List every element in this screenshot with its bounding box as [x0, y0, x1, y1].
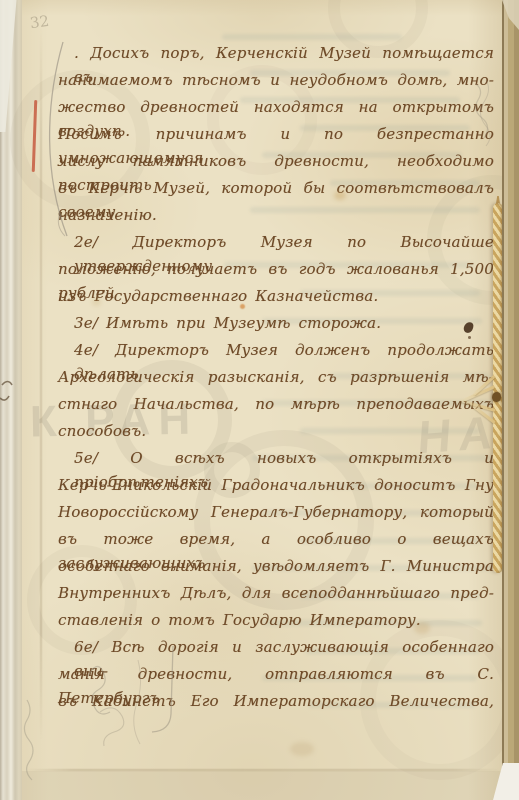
foxing-spot	[240, 304, 245, 309]
manuscript-line: жество древностей находятся на открытомъ…	[58, 95, 494, 122]
foxing-spot	[334, 191, 346, 200]
page-edge-right	[502, 0, 519, 800]
manuscript-line: 6е/ Всѣ дорогія и заслуживающія особенна…	[58, 635, 494, 662]
manuscript-line: 5е/ О всѣхъ новыхъ открытіяхъ и пріобрѣт…	[58, 446, 494, 473]
manuscript-line: въ Керчѣ Музей, которой бы соотвѣтствова…	[58, 176, 494, 203]
manuscript-line: Новороссійскому Генералъ-Губернатору, ко…	[58, 500, 494, 527]
manuscript-scan-page: К РАН НАИ . Досихъ поръ, Керченскій Музе…	[0, 0, 519, 800]
manuscript-line: Археологическія разысканія, съ разрѣшені…	[58, 365, 494, 392]
manuscript-line: Керчь-Еникольскій Градоначальникъ доноси…	[58, 473, 494, 500]
fold-crease-vertical	[40, 28, 42, 740]
manuscript-line: положенію, получаетъ въ годъ жалованья 1…	[58, 257, 494, 284]
foxing-spot	[92, 298, 101, 306]
manuscript-line: стнаго Начальства, по мѣрѣ преподаваемых…	[58, 392, 494, 419]
manuscript-line: назначенію.	[58, 203, 494, 230]
manuscript-line: въ Кабинетъ Его Императорскаго Величеств…	[58, 689, 494, 716]
manuscript-line: Посимъ причинамъ и по безпрестанно умнож…	[58, 122, 494, 149]
cord-knot	[492, 392, 501, 402]
manuscript-line: . Досихъ поръ, Керченскій Музей помѣщает…	[58, 41, 494, 68]
manuscript-line: 3е/ Имѣть при Музеумѣ сторожа.	[58, 311, 494, 338]
manuscript-line: числу памятниковъ древности, необходимо …	[58, 149, 494, 176]
below-fold-shading	[22, 771, 504, 800]
manuscript-line: Внутреннихъ Дѣлъ, для всеподданнѣйшаго п…	[58, 581, 494, 608]
pencil-page-number: 32	[29, 12, 50, 32]
manuscript-line: способовъ.	[58, 419, 494, 446]
bleed-line	[222, 34, 402, 40]
foxing-spot	[290, 742, 314, 756]
manuscript-line: 2е/ Директоръ Музея по Высочайше утвержд…	[58, 230, 494, 257]
foxing-spot	[414, 622, 430, 634]
manuscript-line: 4е/ Директоръ Музея долженъ продолжать д…	[58, 338, 494, 365]
manuscript-line: нанимаемомъ тѣсномъ и неудобномъ домѣ, м…	[58, 68, 494, 95]
manuscript-line: изъ Государственнаго Казначейства.	[58, 284, 494, 311]
manuscript-line: манія древности, отправляются въ С. Пете…	[58, 662, 494, 689]
ink-speck	[468, 336, 471, 339]
manuscript-line: особеннаго вниманія, увѣдомляетъ Г. Мини…	[58, 554, 494, 581]
manuscript-line: въ тоже время, а особливо о вещахъ заслу…	[58, 527, 494, 554]
